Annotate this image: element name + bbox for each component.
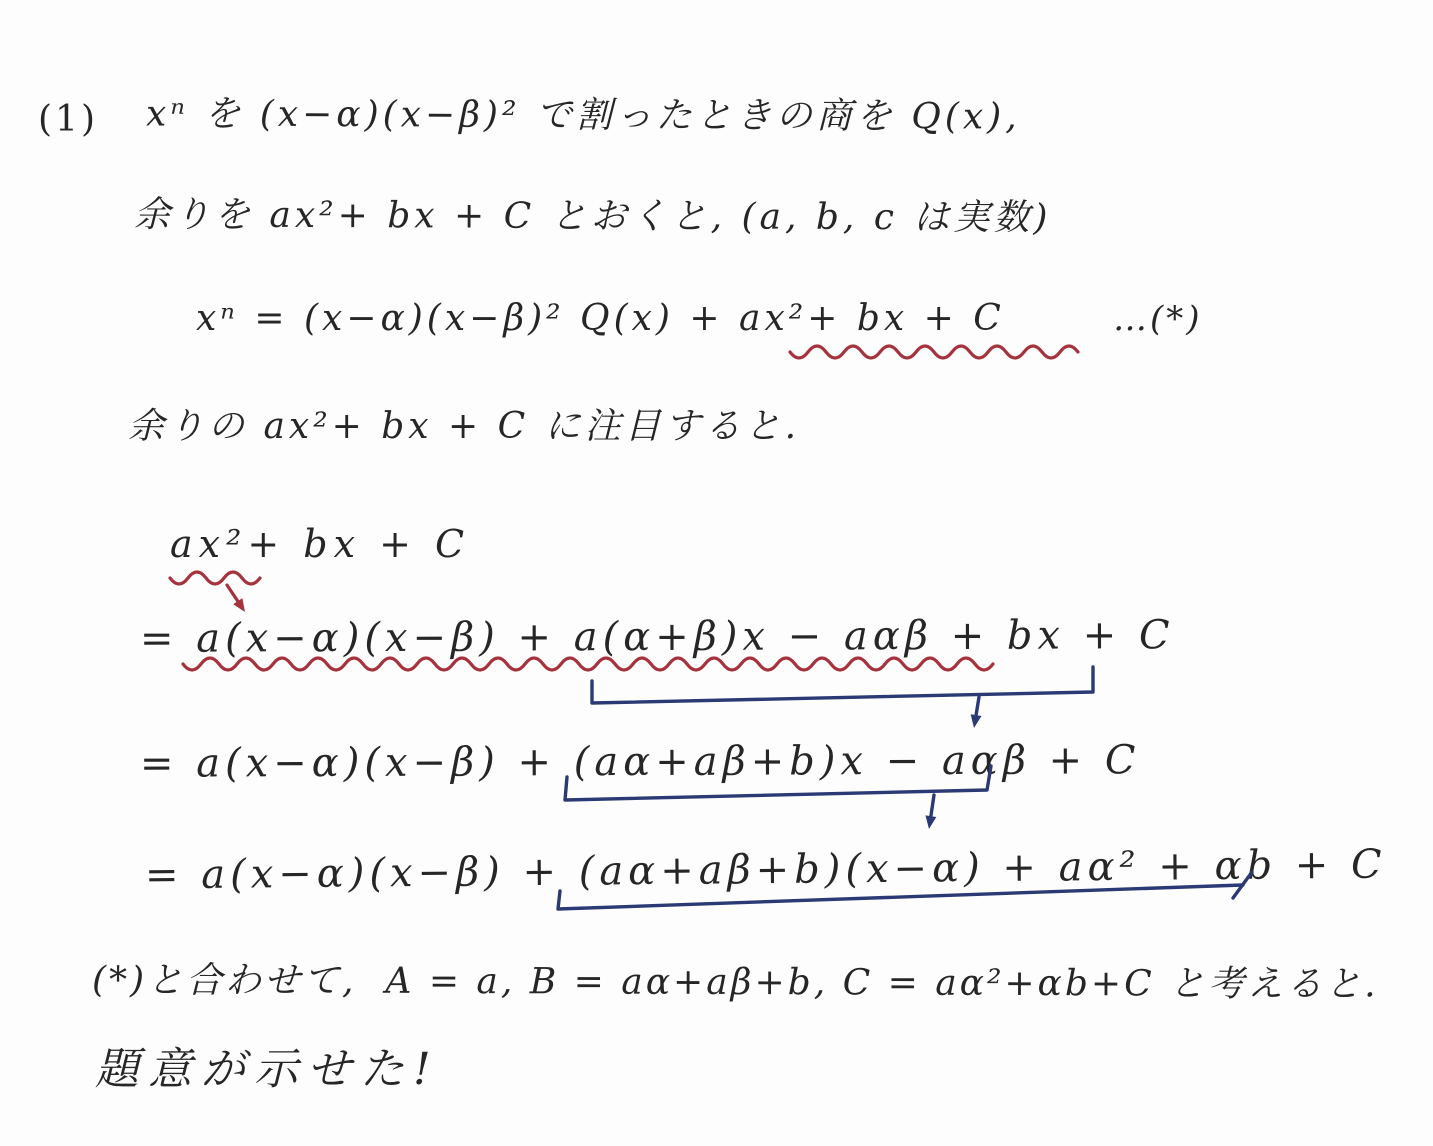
line-remainder-definition: 余りを ax²+ bx + C とおくと, (a, b, c は実数) [134, 195, 1052, 238]
line-qed: 題意が示せた! [95, 1046, 440, 1094]
bracket-linear-terms-group-icon [592, 667, 1093, 703]
line-star-equation: xⁿ = (x−α)(x−β)² Q(x) + ax²+ bx + C [196, 299, 1005, 339]
line-remainder-expression: ax²+ bx + C [170, 524, 470, 566]
arrow-combine-step-2-icon [925, 795, 936, 829]
star-equation-marker: …(*) [1113, 301, 1203, 338]
line-conclusion-coefficients: (*)と合わせて, A = a, B = aα+aβ+b, C = aα²+αb… [92, 961, 1379, 1005]
line-expansion-step-3: = a(x−α)(x−β) + (aα+aβ+b)(x−α) + aα² + α… [145, 843, 1387, 898]
line-expansion-step-2: = a(x−α)(x−β) + (aα+aβ+b)x − aαβ + C [140, 738, 1141, 785]
arrow-combine-step-1-icon [971, 697, 982, 728]
handwritten-note-page: (1) xⁿ を (x−α)(x−β)² で割ったときの商を Q(x), 余りを… [0, 0, 1433, 1146]
line-division-setup: xⁿ を (x−α)(x−β)² で割ったときの商を Q(x), [146, 94, 1021, 137]
line-focus-on-remainder: 余りの ax²+ bx + C に注目すると. [128, 407, 800, 447]
line-expansion-step-1: = a(x−α)(x−β) + a(α+β)x − aαβ + bx + C [140, 613, 1175, 661]
arrow-expand-ax2-icon [227, 585, 245, 612]
problem-number: (1) [38, 100, 98, 140]
wavy-underline-ax2-icon [170, 572, 260, 584]
wavy-underline-remainder-in-star-eq-icon [790, 346, 1078, 358]
